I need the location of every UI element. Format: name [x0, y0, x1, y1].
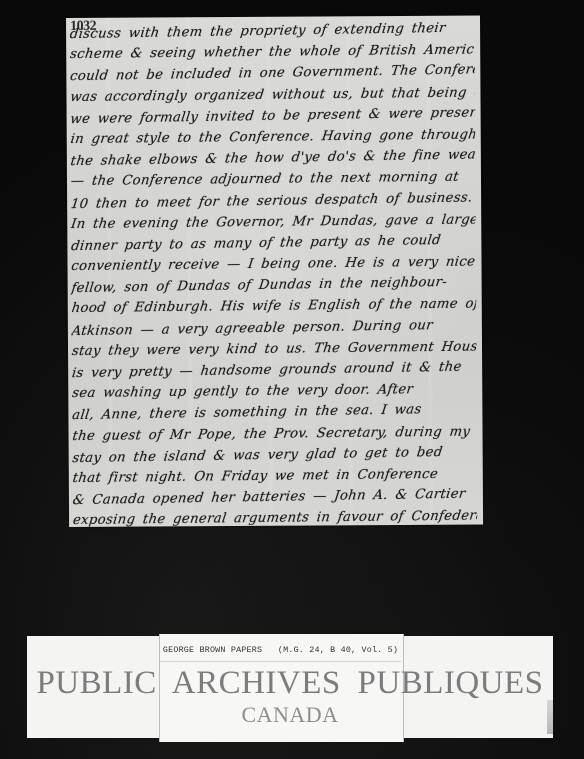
manuscript-page: 1032 discuss with them the propriety of …: [66, 15, 483, 527]
archives-country: CANADA: [27, 702, 553, 728]
strip-divider: [160, 661, 401, 662]
archives-title: PUBLIC ARCHIVES PUBLIQUES: [27, 664, 553, 702]
text-line: exposing the general arguments in favour…: [72, 506, 479, 527]
collection-reference: GEORGE BROWN PAPERS (M.G. 24, B 40, Vol.…: [160, 645, 401, 655]
label-edge-mark: [547, 700, 553, 734]
collection-ref-code: (M.G. 24, B 40, Vol. 5): [278, 645, 398, 655]
collection-name: GEORGE BROWN PAPERS: [163, 645, 262, 655]
handwritten-text: discuss with them the propriety of exten…: [70, 20, 478, 527]
